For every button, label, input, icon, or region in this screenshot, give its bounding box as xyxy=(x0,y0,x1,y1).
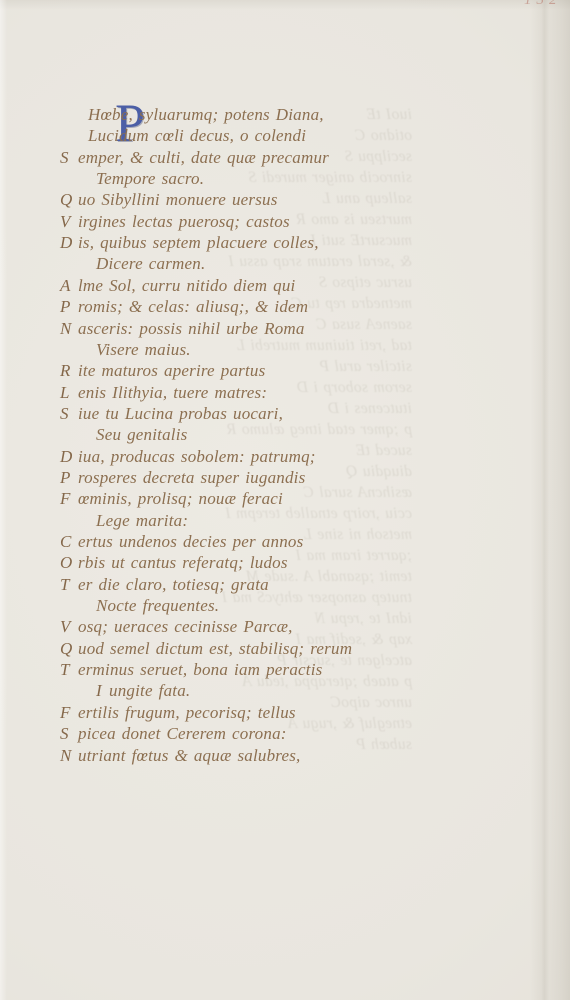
poem-line: Tempore sacro. xyxy=(96,168,204,189)
poem-line: Vosq; ueraces cecinisse Parcæ, xyxy=(60,616,293,637)
verse-text: lme Sol, curru nitido diem qui xyxy=(78,276,295,295)
poem-line: Quo Sibyllini monuere uersus xyxy=(60,189,278,210)
verse-capital: D xyxy=(60,446,78,467)
poem-line: Diua, producas sobolem: patrumq; xyxy=(60,446,316,467)
verse-capital: S xyxy=(60,723,78,744)
verse-capital: A xyxy=(60,275,78,296)
poem-line: Lenis Ilithyia, tuere matres: xyxy=(60,382,267,403)
poem-line: Siue tu Lucina probas uocari, xyxy=(60,403,283,424)
verse-capital: P xyxy=(60,296,78,317)
verse-text: romis; & celas: aliusq;, & idem xyxy=(78,297,308,316)
verse-capital: T xyxy=(60,659,78,680)
verse-capital: O xyxy=(60,552,78,573)
verse-text: iua, producas sobolem: patrumq; xyxy=(78,447,316,466)
verse-text: er die claro, totiesq; grata xyxy=(78,575,269,594)
verse-text: ungite fata. xyxy=(109,681,190,700)
verse-capital: S xyxy=(60,403,78,424)
poem-line: Ter die claro, totiesq; grata xyxy=(60,574,269,595)
verse-text: uod semel dictum est, stabilisq; rerum xyxy=(78,639,352,658)
verse-capital: P xyxy=(60,467,78,488)
verse-capital: D xyxy=(60,232,78,253)
poem-line: Alme Sol, curru nitido diem qui xyxy=(60,275,295,296)
verse-capital: F xyxy=(60,488,78,509)
poem-line: Spicea donet Cererem corona: xyxy=(60,723,287,744)
poem-line: Lege marita: xyxy=(96,510,188,531)
poem-text-block: P Hœbe, syluarumq; potens Diana,Lucidum … xyxy=(60,0,480,1000)
poem-line: Certus undenos decies per annos xyxy=(60,531,303,552)
verse-text: Lucidum cœli decus, o colendi xyxy=(88,126,306,145)
verse-text: irgines lectas puerosq; castos xyxy=(78,212,290,231)
verse-capital: S xyxy=(60,147,78,168)
verse-capital: V xyxy=(60,616,78,637)
poem-line: Promis; & celas: aliusq;, & idem xyxy=(60,296,308,317)
poem-line: Seu genitalis xyxy=(96,424,187,445)
poem-line: Prosperes decreta super iugandis xyxy=(60,467,305,488)
folio-number: 132 xyxy=(524,0,562,9)
poem-line: Nutriant fœtus & aquæ salubres, xyxy=(60,745,300,766)
verse-text: Dicere carmen. xyxy=(96,254,205,273)
verse-text: rosperes decreta super iugandis xyxy=(78,468,305,487)
verse-text: enis Ilithyia, tuere matres: xyxy=(78,383,267,402)
poem-line: Quod semel dictum est, stabilisq; rerum xyxy=(60,638,352,659)
verse-capital: I xyxy=(96,680,109,701)
poem-line: Rite maturos aperire partus xyxy=(60,360,265,381)
verse-capital: V xyxy=(60,211,78,232)
poem-line: Nasceris: possis nihil urbe Roma xyxy=(60,318,305,339)
verse-text: is, quibus septem placuere colles, xyxy=(78,233,319,252)
poem-line: Hœbe, syluarumq; potens Diana, xyxy=(88,104,324,125)
verse-capital: Q xyxy=(60,638,78,659)
verse-capital: F xyxy=(60,702,78,723)
poem-line: Lucidum cœli decus, o colendi xyxy=(88,125,306,146)
verse-text: iue tu Lucina probas uocari, xyxy=(78,404,283,423)
poem-line: Fertilis frugum, pecorisq; tellus xyxy=(60,702,296,723)
verse-text: Lege marita: xyxy=(96,511,188,530)
verse-capital: L xyxy=(60,382,78,403)
poem-line: Terminus seruet, bona iam peractis xyxy=(60,659,322,680)
verse-text: Tempore sacro. xyxy=(96,169,204,188)
verse-text: asceris: possis nihil urbe Roma xyxy=(78,319,305,338)
page-edge-left-highlight xyxy=(0,0,7,1000)
poem-line: Semper, & culti, date quæ precamur xyxy=(60,147,329,168)
verse-capital: N xyxy=(60,318,78,339)
manuscript-page: 132 iuoI tEotidno Csecilppu Ssinrocib an… xyxy=(0,0,570,1000)
verse-capital: R xyxy=(60,360,78,381)
verse-text: ertus undenos decies per annos xyxy=(78,532,303,551)
verse-text: Seu genitalis xyxy=(96,425,187,444)
verse-text: osq; ueraces cecinisse Parcæ, xyxy=(78,617,293,636)
poem-line: Dis, quibus septem placuere colles, xyxy=(60,232,319,253)
verse-capital: N xyxy=(60,745,78,766)
verse-text: Hœbe, syluarumq; potens Diana, xyxy=(88,105,324,124)
verse-capital: C xyxy=(60,531,78,552)
verse-text: erminus seruet, bona iam peractis xyxy=(78,660,322,679)
verse-text: picea donet Cererem corona: xyxy=(78,724,287,743)
poem-line: Iungite fata. xyxy=(96,680,190,701)
poem-line: Virgines lectas puerosq; castos xyxy=(60,211,290,232)
verse-text: ertilis frugum, pecorisq; tellus xyxy=(78,703,296,722)
verse-text: Nocte frequentes. xyxy=(96,596,219,615)
verse-text: rbis ut cantus referatq; ludos xyxy=(78,553,288,572)
verse-text: utriant fœtus & aquæ salubres, xyxy=(78,746,300,765)
verse-capital: Q xyxy=(60,189,78,210)
page-edge-right-shading xyxy=(530,0,570,1000)
poem-line: Dicere carmen. xyxy=(96,253,205,274)
verse-text: uo Sibyllini monuere uersus xyxy=(78,190,278,209)
poem-line: Nocte frequentes. xyxy=(96,595,219,616)
verse-text: Visere maius. xyxy=(96,340,191,359)
poem-line: Fœminis, prolisq; nouæ feraci xyxy=(60,488,283,509)
poem-line: Visere maius. xyxy=(96,339,191,360)
verse-text: ite maturos aperire partus xyxy=(78,361,265,380)
verse-text: œminis, prolisq; nouæ feraci xyxy=(78,489,283,508)
poem-line: Orbis ut cantus referatq; ludos xyxy=(60,552,288,573)
verse-capital: T xyxy=(60,574,78,595)
verse-text: emper, & culti, date quæ precamur xyxy=(78,148,329,167)
